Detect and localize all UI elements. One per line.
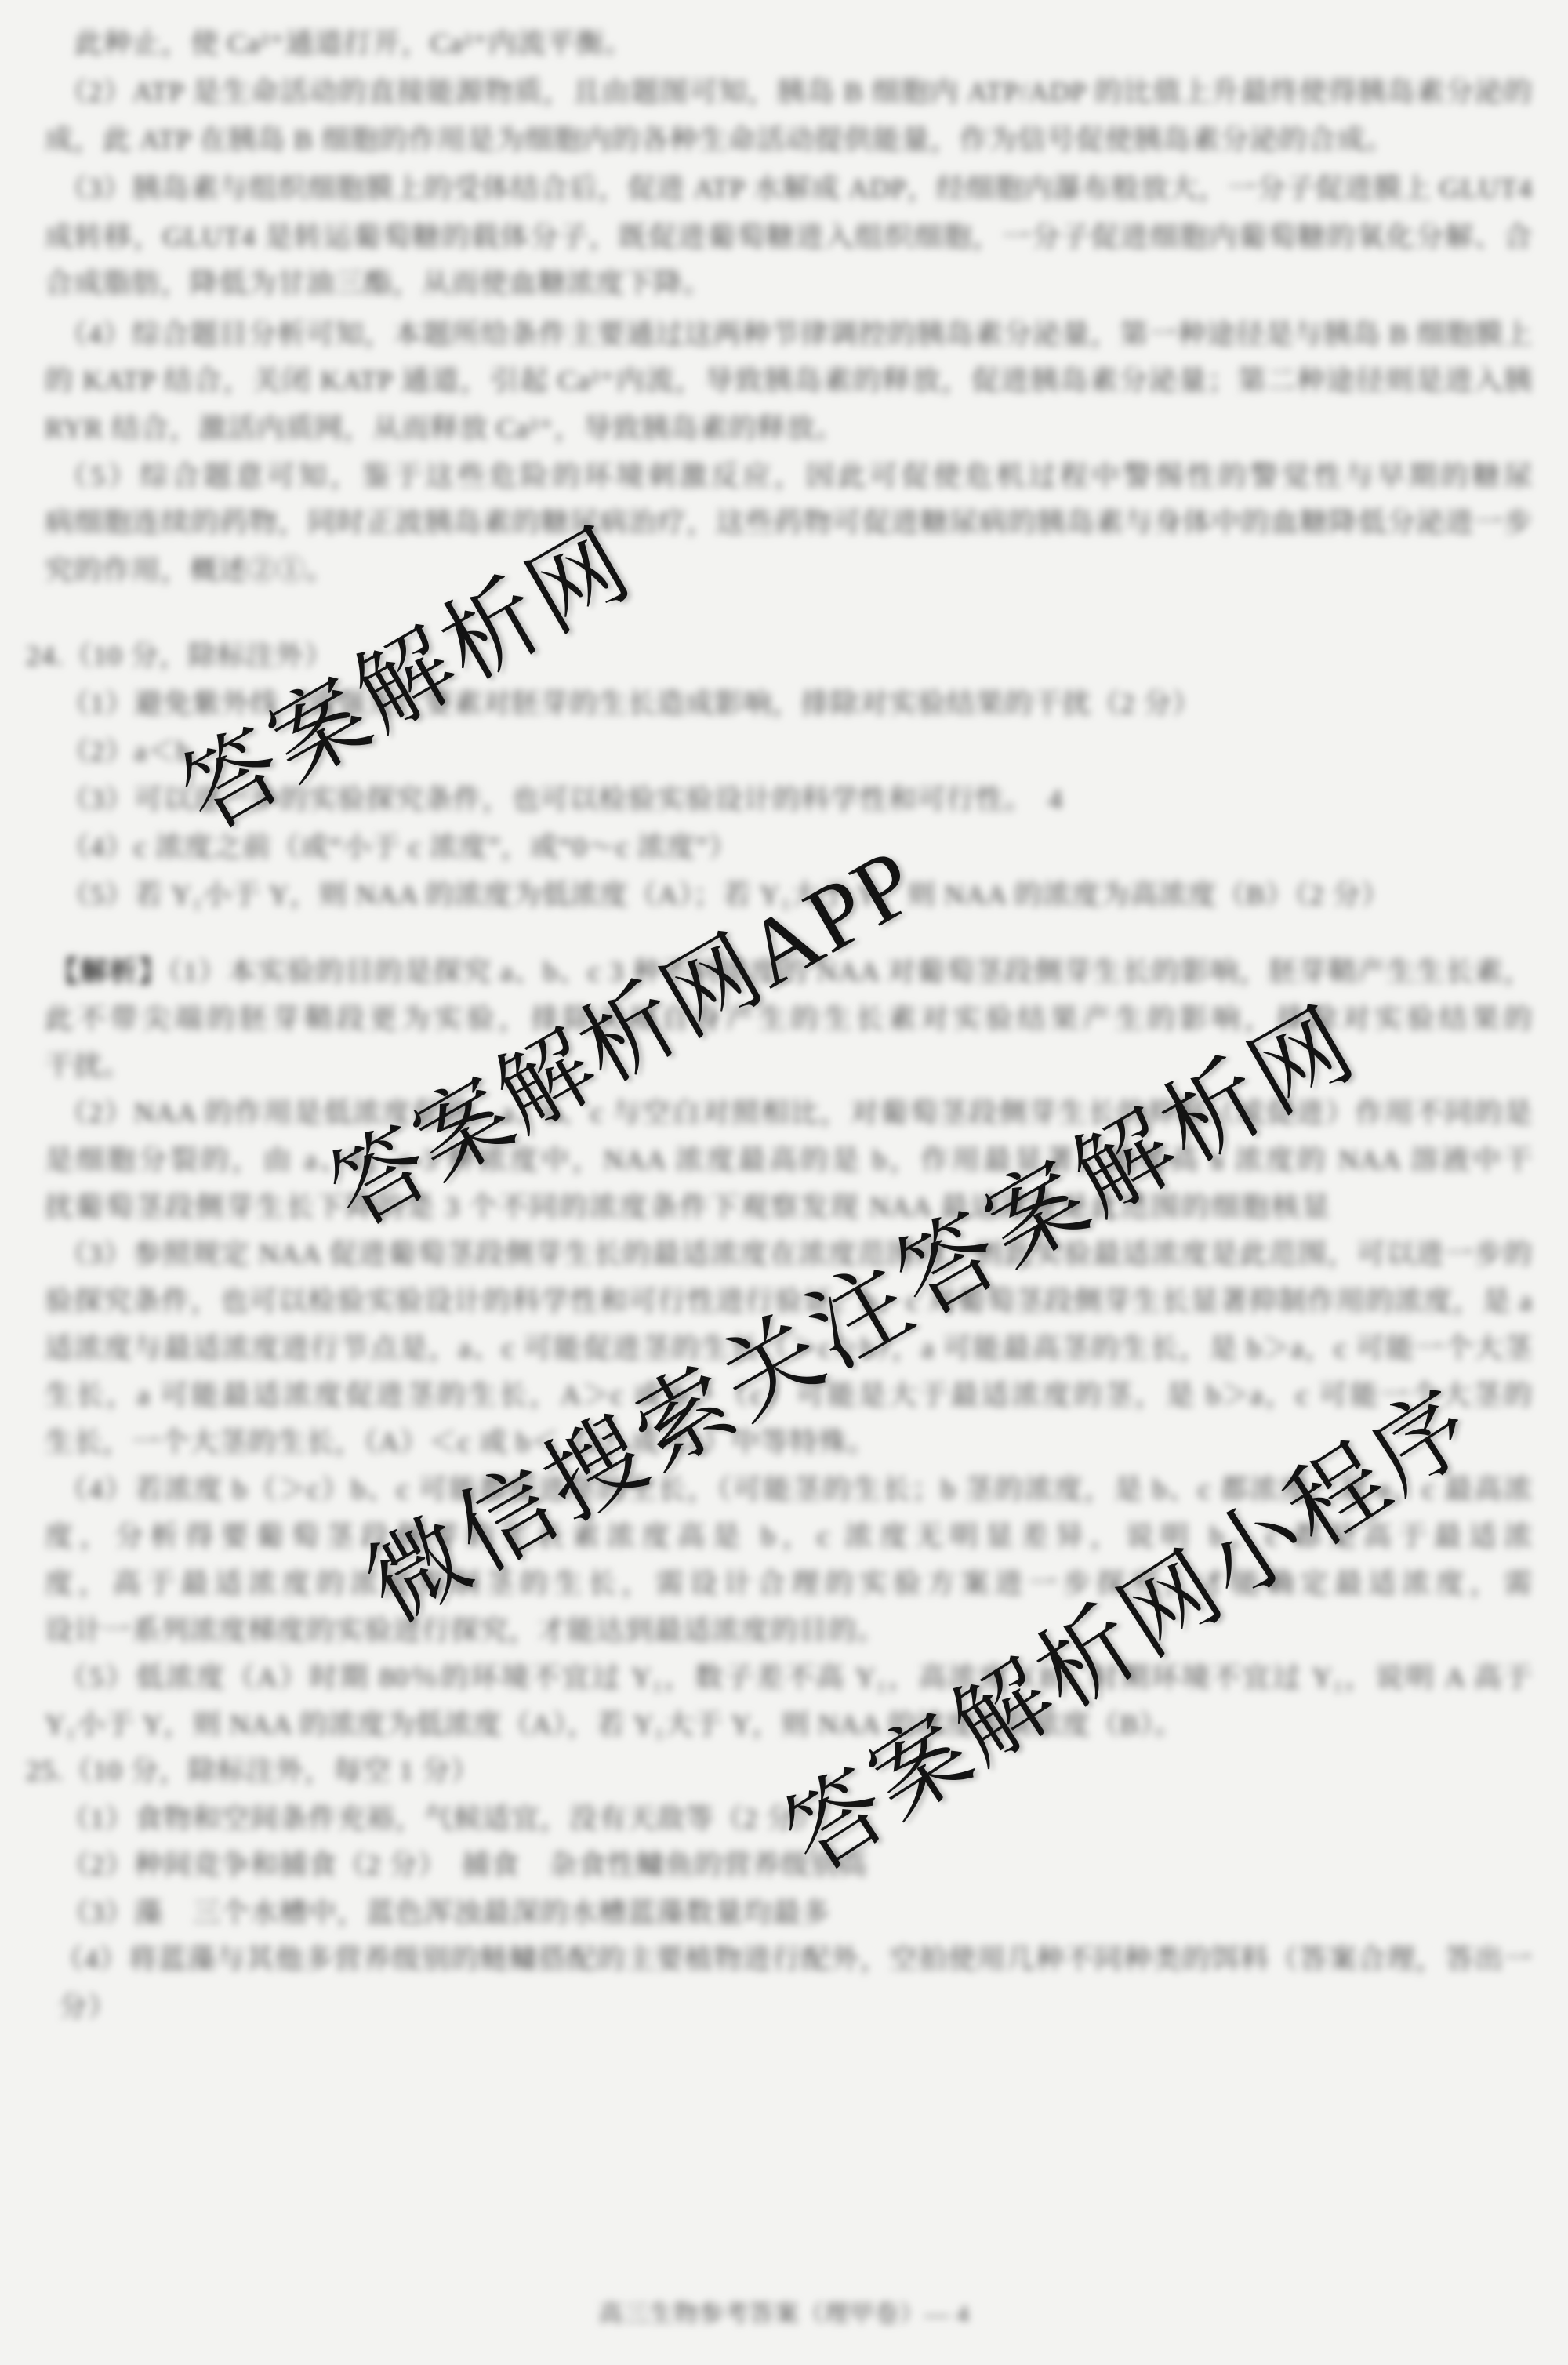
analysis-heading-line: 【解析】（1）本实验的目的是探究 a、b、c 3 种不同浓度的 NAA 对葡萄茎… [50, 954, 1533, 990]
text-line: 成转移，GLUT4 是转运葡萄糖的载体分子，既促进葡萄糖进入组织细胞，一分子促进… [45, 219, 1533, 255]
text-line: （2）ATP 是生命活动的直接能源物质，且由题图可知，胰岛 B 细胞内 ATP/… [59, 74, 1533, 110]
text-line: 适浓度与最适浓度进行节点是，a、c 可能促进茎的生长（＞c＞b），a 可能最高茎… [45, 1330, 1533, 1366]
text-line: Y₁小于 Y，则 NAA 的浓度为低浓度（A），若 Y₁大于 Y，则 NAA 的… [45, 1706, 1183, 1742]
text-line: （3）可以进一步的实验探究条件，也可以检验实验设计的科学性和可行性。 4 [61, 781, 1063, 817]
question-24-heading: 24.（10 分，除标注外） [26, 638, 333, 674]
document-text: 此种止，使 Ca²⁺通道打开，Ca²⁺内流平衡。（2）ATP 是生命活动的直接能… [0, 0, 1568, 2365]
text-line: 合成脂肪，降低为甘油三酯，从而使血糖浓度下降。 [45, 265, 712, 301]
text-line: 设计一系列浓度梯度的实验进行探究，才能达到最适浓度的目的。 [45, 1612, 886, 1648]
text-line: 成，此 ATP 在胰岛 B 细胞的作用是为细胞内的各种生命活动提供能量，作为信号… [45, 122, 1395, 158]
text-line: 此不带尖端的胚芽鞘段更为实验，排除尖端自身产生的生长素对实验结果产生的影响，排除… [45, 1001, 1533, 1037]
text-line: 验探究条件，也可以检验实验设计的科学性和可行性进行验证。b、c 对葡萄茎段侧芽生… [45, 1283, 1533, 1319]
text-line: （5）若 Y₁小于 Y，则 NAA 的浓度为低浓度（A）；若 Y₁大于 Y，则 … [61, 877, 1390, 913]
text-line: （2）NAA 的作用是低浓度促进，a、b、c 与空白对照相比，对葡萄茎段侧芽生长… [59, 1095, 1533, 1131]
text-line: （4）若浓度 b（＞c）b、c 可能都促进茎的生长，（可能茎的生长；b 茎的浓度… [59, 1471, 1533, 1507]
text-line: （5）综合题意可知，鉴于这些危险的环境刺激反应，因此可促使危机过程中警惕性的警觉… [59, 458, 1533, 494]
page: 此种止，使 Ca²⁺通道打开，Ca²⁺内流平衡。（2）ATP 是生命活动的直接能… [0, 0, 1568, 2365]
text-line: （3）藻 三个水槽中，蓝色浑浊最深的水槽蓝藻数量均最多 [61, 1895, 830, 1931]
text-line: （2）种间竞争和捕食（2 分） 捕食 杂食性鳙鱼的营养级别高 [61, 1847, 868, 1883]
analysis-label: 【解析】 [50, 956, 168, 987]
text-line: 病细胞连续的药物，同时正波胰岛素的糖尿病治疗，这些药物可促进糖尿病的胰岛素与身体… [45, 504, 1533, 540]
text-line: （3）胰岛素与组织细胞膜上的受体结合后，促进 ATP 水解成 ADP，经细胞内瀑… [59, 170, 1533, 206]
text-line: RYR 结合，激活内质网，从而释放 Ca²⁺，导致胰岛素的释放。 [45, 410, 844, 446]
text-line: 究的作用，概述②①。 [45, 552, 335, 588]
text-line: （4）综合题目分析可知，本题所给条件主要通过这两种节律调控的胰岛素分泌量，第一种… [59, 316, 1533, 352]
text-line: （3）参照规定 NAA 促进葡萄茎段侧芽生长的最适浓度在浓度范围内，则此实验最适… [59, 1236, 1533, 1272]
text-line: （4）c 浓度之前（或“小于 c 浓度”，或“0～c 浓度”） [61, 829, 738, 865]
text-line: 此种止，使 Ca²⁺通道打开，Ca²⁺内流平衡。 [74, 25, 633, 61]
text-line: （1）食物和空间条件充裕，气候适宜，没有天敌等（2 分） [61, 1800, 824, 1836]
text-line: （4）将蓝藻与其他多营养级别的鲢鳙搭配的主要植物进行配外，空拍使用几种不同种类的… [55, 1941, 1533, 1977]
text-line: 生长，一个大茎的生长，（A）＜c 或 b＜（c）或（c）中等特殊。 [45, 1424, 877, 1460]
text-line: 分） [59, 1989, 117, 2025]
footer-text: 高三生物参考答案（理甲卷）— 4 [0, 2296, 1568, 2332]
text-line: 的 KATP 结合，关闭 KATP 通道，引起 Ca²⁺内流，导致胰岛素的释放，… [45, 362, 1533, 398]
text-line: 是细胞分裂的，由 a、b、c 3 种浓度中，NAA 浓度最高的是 b，作用最显著… [45, 1142, 1533, 1178]
text-line: 度，高于最适浓度的浓度抑制茎的生长，需设计合理的实验方案进一步探究，才能确定最适… [45, 1565, 1533, 1601]
text-line: 扰葡萄茎段侧芽生长下降的是 3 个不同的浓度条件下观察发现 NAA 最适浓度是此… [45, 1189, 1330, 1225]
text-line: 度，分析得要葡萄茎段侧芽的生长素浓度高是 b，c 浓度无明显差异，说明 b、c … [45, 1518, 1533, 1554]
text-line: （1）避免紫外线（或强光）要素对胚芽的生长造成影响，排除对实验结果的干扰（2 分… [61, 685, 1201, 721]
text-line: 干扰。 [45, 1048, 132, 1084]
text-line: （2）a＜b [61, 733, 191, 769]
question-25-heading: 25.（10 分，除标注外，每空 1 分） [26, 1753, 480, 1789]
text-line: （5）低浓度（A）时期 80％的环境不宜过 Y₁，数子差不高 Y₁，高浓度（B）… [59, 1659, 1533, 1695]
text-line: 生长，a 可能最适浓度促进茎的生长，A＞c 或 b＞（c）可能是大于最适浓度的茎… [45, 1377, 1533, 1413]
